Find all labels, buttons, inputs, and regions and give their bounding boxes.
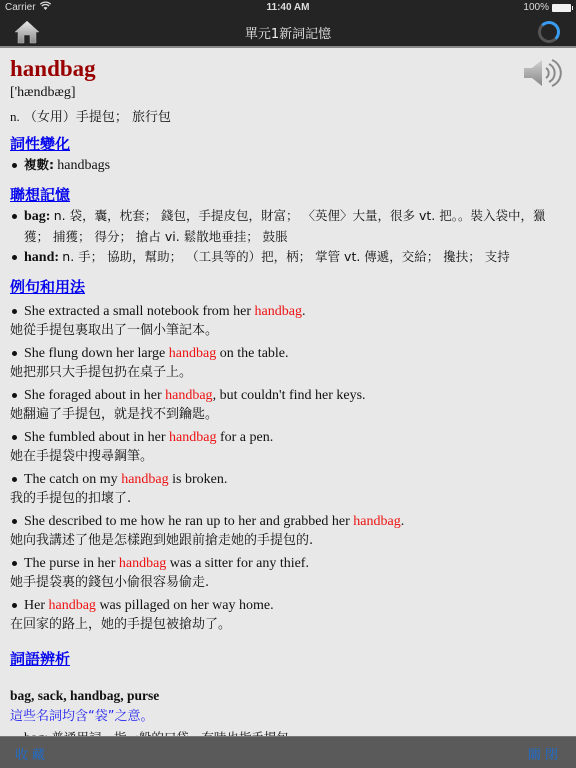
example-item: She fumbled about in her handbag for a p…	[10, 427, 566, 448]
definition-text: （女用）手提包； 旅行包	[24, 110, 171, 125]
part-of-speech: n.	[10, 109, 20, 124]
example-item: She described to me how he ran up to her…	[10, 511, 566, 532]
nav-bar: 單元1新詞記憶	[0, 16, 576, 48]
example-text: was pillaged on her way home.	[96, 598, 274, 613]
keyword-highlight: handbag	[169, 346, 216, 361]
inflection-list: 複數: handbags	[10, 155, 566, 176]
example-text: was a sitter for any thief.	[166, 556, 309, 571]
keyword-highlight: handbag	[353, 514, 400, 529]
association-list: bag: n. 袋，囊，枕套； 錢包，手提皮包，財富； 〈英俚〉大量，很多 vt…	[10, 206, 566, 268]
entry-content[interactable]: handbag ['hændbæg] n. （女用）手提包； 旅行包 詞性變化 …	[0, 50, 576, 736]
example-translation: 在回家的路上，她的手提包被搶劫了。	[10, 616, 566, 634]
status-bar: Carrier 11:40 AM 100%	[0, 0, 576, 16]
example-item: The catch on my handbag is broken.	[10, 469, 566, 490]
section-examples-link[interactable]: 例句和用法	[10, 276, 566, 298]
item-label: 複數:	[24, 157, 54, 172]
example-text: She extracted a small notebook from her	[24, 304, 255, 319]
example-text: She flung down her large	[24, 346, 169, 361]
example-translation: 她從手提包裏取出了一個小筆記本。	[10, 322, 566, 340]
item-value: n. 手； 協助，幫助； （工具等的）把，柄； 掌管 vt. 傳遞，交給； 攙扶…	[62, 249, 509, 264]
example-item: She extracted a small notebook from her …	[10, 301, 566, 322]
example-text: The catch on my	[24, 472, 121, 487]
section-synonyms-link[interactable]: 詞語辨析	[10, 648, 566, 670]
synonyms-heading: bag, sack, handbag, purse	[10, 688, 566, 704]
item-label: bag:	[24, 209, 50, 224]
keyword-highlight: handbag	[165, 388, 212, 403]
example-translation: 她把那只大手提包扔在桌子上。	[10, 364, 566, 382]
loading-spinner-icon	[538, 21, 560, 43]
definition: n. （女用）手提包； 旅行包	[10, 106, 566, 125]
section-association-link[interactable]: 聯想記憶	[10, 184, 566, 206]
item-value: n. 袋，囊，枕套； 錢包，手提皮包，財富； 〈英俚〉大量，很多 vt. 把。。…	[24, 208, 546, 244]
headword: handbag	[10, 55, 566, 83]
speaker-icon	[522, 58, 562, 88]
example-text: .	[401, 514, 405, 529]
list-item: bag: 普通用詞，指一般的口袋，有時也指手提包。	[10, 728, 566, 736]
battery-icon	[552, 4, 571, 12]
favorite-button[interactable]: 收藏	[15, 744, 49, 763]
example-text: .	[302, 304, 306, 319]
example-text: Her	[24, 598, 49, 613]
synonyms-subheading: 這些名詞均含“袋”之意。	[10, 705, 566, 724]
example-text: The purse in her	[24, 556, 119, 571]
example-text: for a pen.	[216, 430, 273, 445]
examples-list: She extracted a small notebook from her …	[10, 301, 566, 634]
example-item: Her handbag was pillaged on her way home…	[10, 595, 566, 616]
example-item: She flung down her large handbag on the …	[10, 343, 566, 364]
example-text: She described to me how he ran up to her…	[24, 514, 353, 529]
example-translation: 我的手提包的扣壞了.	[10, 490, 566, 508]
keyword-highlight: handbag	[49, 598, 96, 613]
close-button[interactable]: 關閉	[528, 744, 562, 763]
item-value: handbags	[57, 158, 110, 173]
list-item: hand: n. 手； 協助，幫助； （工具等的）把，柄； 掌管 vt. 傳遞，…	[10, 247, 566, 268]
example-translation: 她翻遍了手提包，就是找不到鑰匙。	[10, 406, 566, 424]
example-translation: 她在手提袋中搜尋鋼筆。	[10, 448, 566, 466]
list-item: 複數: handbags	[10, 155, 566, 176]
example-text: , but couldn't find her keys.	[213, 388, 366, 403]
example-text: She fumbled about in her	[24, 430, 169, 445]
example-translation: 她向我講述了他是怎樣跑到她跟前搶走她的手提包的.	[10, 532, 566, 550]
clock: 11:40 AM	[0, 2, 576, 13]
example-item: She foraged about in her handbag, but co…	[10, 385, 566, 406]
list-item: bag: n. 袋，囊，枕套； 錢包，手提皮包，財富； 〈英俚〉大量，很多 vt…	[10, 206, 566, 247]
page-title: 單元1新詞記憶	[0, 23, 576, 42]
example-translation: 她手提袋裏的錢包小偷很容易偷走.	[10, 574, 566, 592]
keyword-highlight: handbag	[119, 556, 166, 571]
keyword-highlight: handbag	[169, 430, 216, 445]
bottom-toolbar: 收藏 關閉	[0, 736, 576, 768]
section-inflection-link[interactable]: 詞性變化	[10, 133, 566, 155]
battery-percent: 100%	[523, 2, 549, 13]
example-text: is broken.	[169, 472, 228, 487]
keyword-highlight: handbag	[121, 472, 168, 487]
item-label: hand:	[24, 250, 59, 265]
speaker-button[interactable]	[522, 58, 562, 88]
example-item: The purse in her handbag was a sitter fo…	[10, 553, 566, 574]
phonetic: ['hændbæg]	[10, 85, 566, 101]
synonyms-list: bag: 普通用詞，指一般的口袋，有時也指手提包。	[10, 728, 566, 736]
example-text: on the table.	[216, 346, 288, 361]
keyword-highlight: handbag	[255, 304, 302, 319]
example-text: She foraged about in her	[24, 388, 165, 403]
